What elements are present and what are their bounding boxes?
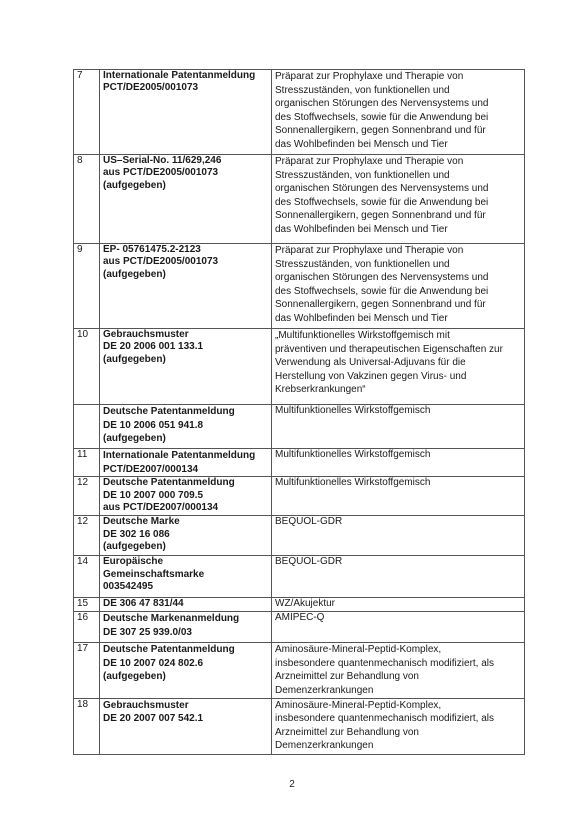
registration-title: GebrauchsmusterDE 20 2006 001 133.1(aufg…: [100, 329, 272, 405]
registration-description: WZ/Akujektur: [272, 598, 525, 612]
description-line: Präparat zur Prophylaxe und Therapie von: [275, 70, 521, 84]
row-number: 7: [74, 70, 100, 155]
description-line: Stresszuständen, von funktionellen und: [275, 258, 521, 272]
registration-title: DE 306 47 831/44: [100, 598, 272, 612]
patent-registry-table: 7Internationale PatentanmeldungPCT/DE200…: [73, 69, 525, 755]
description-line: Arzneimittel zur Behandlung von: [275, 726, 521, 740]
registration-description: Aminosäure-Mineral-Peptid-Komplex,insbes…: [272, 698, 525, 754]
title-line: Internationale Patentanmeldung: [103, 70, 268, 82]
table-row: 14EuropäischeGemeinschaftsmarke003542495…: [74, 556, 525, 598]
title-line: (aufgegeben): [103, 354, 268, 366]
description-line: das Wohlbefinden bei Mensch und Tier: [275, 312, 521, 326]
title-line: Deutsche Patentanmeldung: [103, 477, 268, 489]
row-number: 10: [74, 329, 100, 405]
registration-title: Deutsche MarkeDE 302 16 086(aufgegeben): [100, 516, 272, 556]
description-line: Präparat zur Prophylaxe und Therapie von: [275, 155, 521, 169]
registration-title: Internationale PatentanmeldungPCT/DE2007…: [100, 449, 272, 477]
row-number: 12: [74, 516, 100, 556]
row-number: 11: [74, 449, 100, 477]
description-line: Sonnenallergikern, gegen Sonnenbrand und…: [275, 298, 521, 312]
title-line: DE 20 2007 007 542.1: [103, 712, 268, 726]
description-line: Arzneimittel zur Behandlung von: [275, 670, 521, 684]
description-line: Multifunktionelles Wirkstoffgemisch: [275, 405, 521, 417]
title-line: US–Serial-No. 11/629,246: [103, 155, 268, 167]
registration-title: Deutsche PatentanmeldungDE 10 2006 051 9…: [100, 405, 272, 449]
title-line: 003542495: [103, 581, 268, 593]
description-line: insbesondere quantenmechanisch modifizie…: [275, 657, 521, 671]
table-row: 18GebrauchsmusterDE 20 2007 007 542.1Ami…: [74, 698, 525, 754]
registration-description: Multifunktionelles Wirkstoffgemisch: [272, 449, 525, 477]
table-row: 9EP- 05761475.2-2123aus PCT/DE2005/00107…: [74, 244, 525, 329]
title-line: (aufgegeben): [103, 269, 268, 281]
description-line: organischen Störungen des Nervensystems …: [275, 182, 521, 196]
description-line: Multifunktionelles Wirkstoffgemisch: [275, 477, 521, 489]
registration-description: „Multifunktionelles Wirkstoffgemisch mit…: [272, 329, 525, 405]
title-line: DE 20 2006 001 133.1: [103, 341, 268, 353]
description-line: das Wohlbefinden bei Mensch und Tier: [275, 138, 521, 152]
title-line: Deutsche Patentanmeldung: [103, 643, 268, 657]
description-line: „Multifunktionelles Wirkstoffgemisch mit: [275, 329, 521, 343]
row-number: 14: [74, 556, 100, 598]
registration-description: BEQUOL-GDR: [272, 516, 525, 556]
description-line: des Stoffwechsels, sowie für die Anwendu…: [275, 196, 521, 210]
registration-description: BEQUOL-GDR: [272, 556, 525, 598]
registration-title: GebrauchsmusterDE 20 2007 007 542.1: [100, 698, 272, 754]
title-line: PCT/DE2007/000134: [103, 463, 268, 477]
description-line: organischen Störungen des Nervensystems …: [275, 271, 521, 285]
registration-description: Aminosäure-Mineral-Peptid-Komplex,insbes…: [272, 643, 525, 698]
table-row: Deutsche PatentanmeldungDE 10 2006 051 9…: [74, 405, 525, 449]
description-line: Stresszuständen, von funktionellen und: [275, 84, 521, 98]
title-line: DE 10 2007 024 802.6: [103, 657, 268, 671]
description-line: Multifunktionelles Wirkstoffgemisch: [275, 449, 521, 461]
description-line: Krebserkrankungen“: [275, 383, 521, 397]
title-line: Gebrauchsmuster: [103, 699, 268, 713]
description-line: Aminosäure-Mineral-Peptid-Komplex,: [275, 699, 521, 713]
description-line: Demenzerkrankungen: [275, 739, 521, 753]
row-number: 15: [74, 598, 100, 612]
description-line: Herstellung von Vakzinen gegen Virus- un…: [275, 370, 521, 384]
title-line: DE 307 25 939.0/03: [103, 626, 268, 640]
registration-title: US–Serial-No. 11/629,246aus PCT/DE2005/0…: [100, 155, 272, 244]
row-number: 9: [74, 244, 100, 329]
registration-title: EP- 05761475.2-2123aus PCT/DE2005/001073…: [100, 244, 272, 329]
title-line: aus PCT/DE2005/001073: [103, 256, 268, 268]
registration-description: Präparat zur Prophylaxe und Therapie von…: [272, 155, 525, 244]
row-number: 12: [74, 477, 100, 516]
registration-description: Multifunktionelles Wirkstoffgemisch: [272, 477, 525, 516]
table-row: 8US–Serial-No. 11/629,246aus PCT/DE2005/…: [74, 155, 525, 244]
table-row: 17Deutsche PatentanmeldungDE 10 2007 024…: [74, 643, 525, 698]
row-number: 17: [74, 643, 100, 698]
description-line: Sonnenallergikern, gegen Sonnenbrand und…: [275, 124, 521, 138]
title-line: Gemeinschaftsmarke: [103, 569, 268, 581]
registration-title: Deutsche PatentanmeldungDE 10 2007 024 8…: [100, 643, 272, 698]
description-line: BEQUOL-GDR: [275, 556, 521, 568]
title-line: Gebrauchsmuster: [103, 329, 268, 341]
table-row: 12Deutsche PatentanmeldungDE 10 2007 000…: [74, 477, 525, 516]
title-line: DE 306 47 831/44: [103, 598, 268, 610]
registration-title: Deutsche MarkenanmeldungDE 307 25 939.0/…: [100, 612, 272, 643]
page-number: 2: [0, 779, 584, 790]
title-line: (aufgegeben): [103, 541, 268, 553]
title-line: aus PCT/DE2007/000134: [103, 502, 268, 514]
description-line: des Stoffwechsels, sowie für die Anwendu…: [275, 111, 521, 125]
title-line: (aufgegeben): [103, 432, 268, 446]
registration-description: Präparat zur Prophylaxe und Therapie von…: [272, 244, 525, 329]
registration-description: AMIPEC-Q: [272, 612, 525, 643]
table-body: 7Internationale PatentanmeldungPCT/DE200…: [74, 70, 525, 755]
title-line: (aufgegeben): [103, 670, 268, 684]
title-line: Europäische: [103, 556, 268, 568]
title-line: PCT/DE2005/001073: [103, 82, 268, 94]
description-line: präventiven und therapeutischen Eigensch…: [275, 343, 521, 357]
registration-title: EuropäischeGemeinschaftsmarke003542495: [100, 556, 272, 598]
title-line: Deutsche Patentanmeldung: [103, 405, 268, 419]
title-line: DE 10 2007 000 709.5: [103, 490, 268, 502]
description-line: Sonnenallergikern, gegen Sonnenbrand und…: [275, 209, 521, 223]
description-line: WZ/Akujektur: [275, 598, 521, 610]
description-line: Stresszuständen, von funktionellen und: [275, 169, 521, 183]
table-row: 12Deutsche MarkeDE 302 16 086(aufgegeben…: [74, 516, 525, 556]
table-row: 10GebrauchsmusterDE 20 2006 001 133.1(au…: [74, 329, 525, 405]
row-number: [74, 405, 100, 449]
description-line: das Wohlbefinden bei Mensch und Tier: [275, 223, 521, 237]
table-row: 16Deutsche MarkenanmeldungDE 307 25 939.…: [74, 612, 525, 643]
row-number: 18: [74, 698, 100, 754]
registration-description: Präparat zur Prophylaxe und Therapie von…: [272, 70, 525, 155]
description-line: organischen Störungen des Nervensystems …: [275, 97, 521, 111]
row-number: 16: [74, 612, 100, 643]
title-line: EP- 05761475.2-2123: [103, 244, 268, 256]
title-line: aus PCT/DE2005/001073: [103, 167, 268, 179]
title-line: (aufgegeben): [103, 180, 268, 192]
row-number: 8: [74, 155, 100, 244]
registration-description: Multifunktionelles Wirkstoffgemisch: [272, 405, 525, 449]
registration-title: Internationale PatentanmeldungPCT/DE2005…: [100, 70, 272, 155]
document-page: 7Internationale PatentanmeldungPCT/DE200…: [0, 0, 584, 826]
title-line: DE 10 2006 051 941.8: [103, 419, 268, 433]
table-row: 7Internationale PatentanmeldungPCT/DE200…: [74, 70, 525, 155]
title-line: Deutsche Markenanmeldung: [103, 612, 268, 626]
description-line: Präparat zur Prophylaxe und Therapie von: [275, 244, 521, 258]
title-line: DE 302 16 086: [103, 529, 268, 541]
table-row: 11Internationale PatentanmeldungPCT/DE20…: [74, 449, 525, 477]
description-line: Aminosäure-Mineral-Peptid-Komplex,: [275, 643, 521, 657]
description-line: AMIPEC-Q: [275, 612, 521, 624]
registration-title: Deutsche PatentanmeldungDE 10 2007 000 7…: [100, 477, 272, 516]
description-line: insbesondere quantenmechanisch modifizie…: [275, 712, 521, 726]
title-line: Internationale Patentanmeldung: [103, 449, 268, 463]
description-line: des Stoffwechsels, sowie für die Anwendu…: [275, 285, 521, 299]
description-line: Demenzerkrankungen: [275, 684, 521, 698]
description-line: BEQUOL-GDR: [275, 516, 521, 528]
title-line: Deutsche Marke: [103, 516, 268, 528]
table-row: 15DE 306 47 831/44WZ/Akujektur: [74, 598, 525, 612]
description-line: Verwendung als Universal-Adjuvans für di…: [275, 356, 521, 370]
